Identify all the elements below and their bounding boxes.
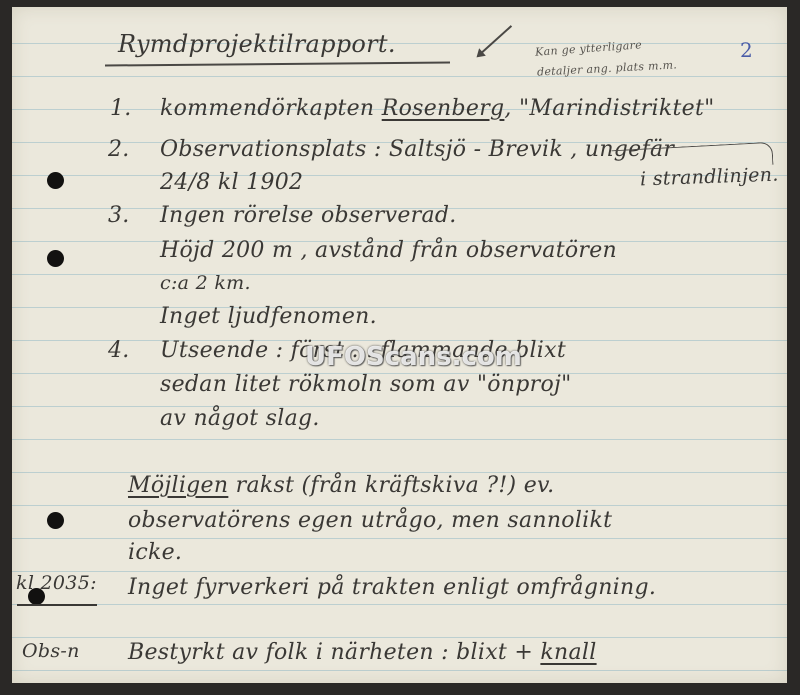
- torn-edge: [8, 7, 16, 683]
- time-underline: [17, 604, 97, 606]
- assessment-line2: observatörens egen utrågo, men sannolikt: [128, 508, 612, 533]
- punch-hole: [47, 250, 64, 267]
- page-number: 2: [740, 38, 753, 62]
- item-1-rank: kommendörkapten: [160, 96, 374, 121]
- punch-hole: [47, 512, 64, 529]
- item-4-line2: sedan litet rökmoln som av "önproj": [160, 372, 572, 397]
- watermark: UFOScans.com: [305, 342, 522, 372]
- item-3-sound: Inget ljudfenomen.: [160, 304, 377, 329]
- item-1-text: kommendörkapten Rosenberg, "Marindistrik…: [160, 96, 715, 121]
- item-1-unit: , "Marindistriktet": [504, 96, 714, 121]
- punch-hole: [47, 172, 64, 189]
- obs-entry-main: Bestyrkt av folk i närheten : blixt +: [128, 640, 533, 665]
- document-title: Rymdprojektilrapport.: [118, 30, 396, 58]
- item-4-line3: av något slag.: [160, 406, 320, 431]
- item-number: 3.: [108, 203, 130, 228]
- assessment-line3: icke.: [128, 540, 182, 565]
- assessment-line1: Möjligen rakst (från kräftskiva ?!) ev.: [128, 473, 554, 498]
- item-number: 2.: [108, 137, 130, 162]
- item-3-distance: c:a 2 km.: [160, 272, 251, 294]
- obs-entry-text: Bestyrkt av folk i närheten : blixt + kn…: [128, 640, 597, 665]
- item-number: 4.: [108, 338, 130, 363]
- assessment-rest: rakst (från kräftskiva ?!) ev.: [236, 473, 555, 498]
- item-2-text: Observationsplats : Saltsjö - Brevik , u…: [160, 137, 674, 162]
- obs-entry-underlined: knall: [540, 640, 596, 665]
- time-entry-text: Inget fyrverkeri på trakten enligt omfrå…: [128, 575, 656, 600]
- obs-label: Obs-n: [22, 640, 80, 662]
- item-1-name: Rosenberg: [382, 96, 505, 121]
- item-3-height: Höjd 200 m , avstånd från observatören: [160, 238, 617, 263]
- item-3-text: Ingen rörelse observerad.: [160, 203, 457, 228]
- item-2-date: 24/8 kl 1902: [160, 170, 303, 195]
- assessment-underlined: Möjligen: [128, 473, 228, 498]
- time-label: kl 2035:: [16, 572, 97, 594]
- item-number: 1.: [110, 96, 132, 121]
